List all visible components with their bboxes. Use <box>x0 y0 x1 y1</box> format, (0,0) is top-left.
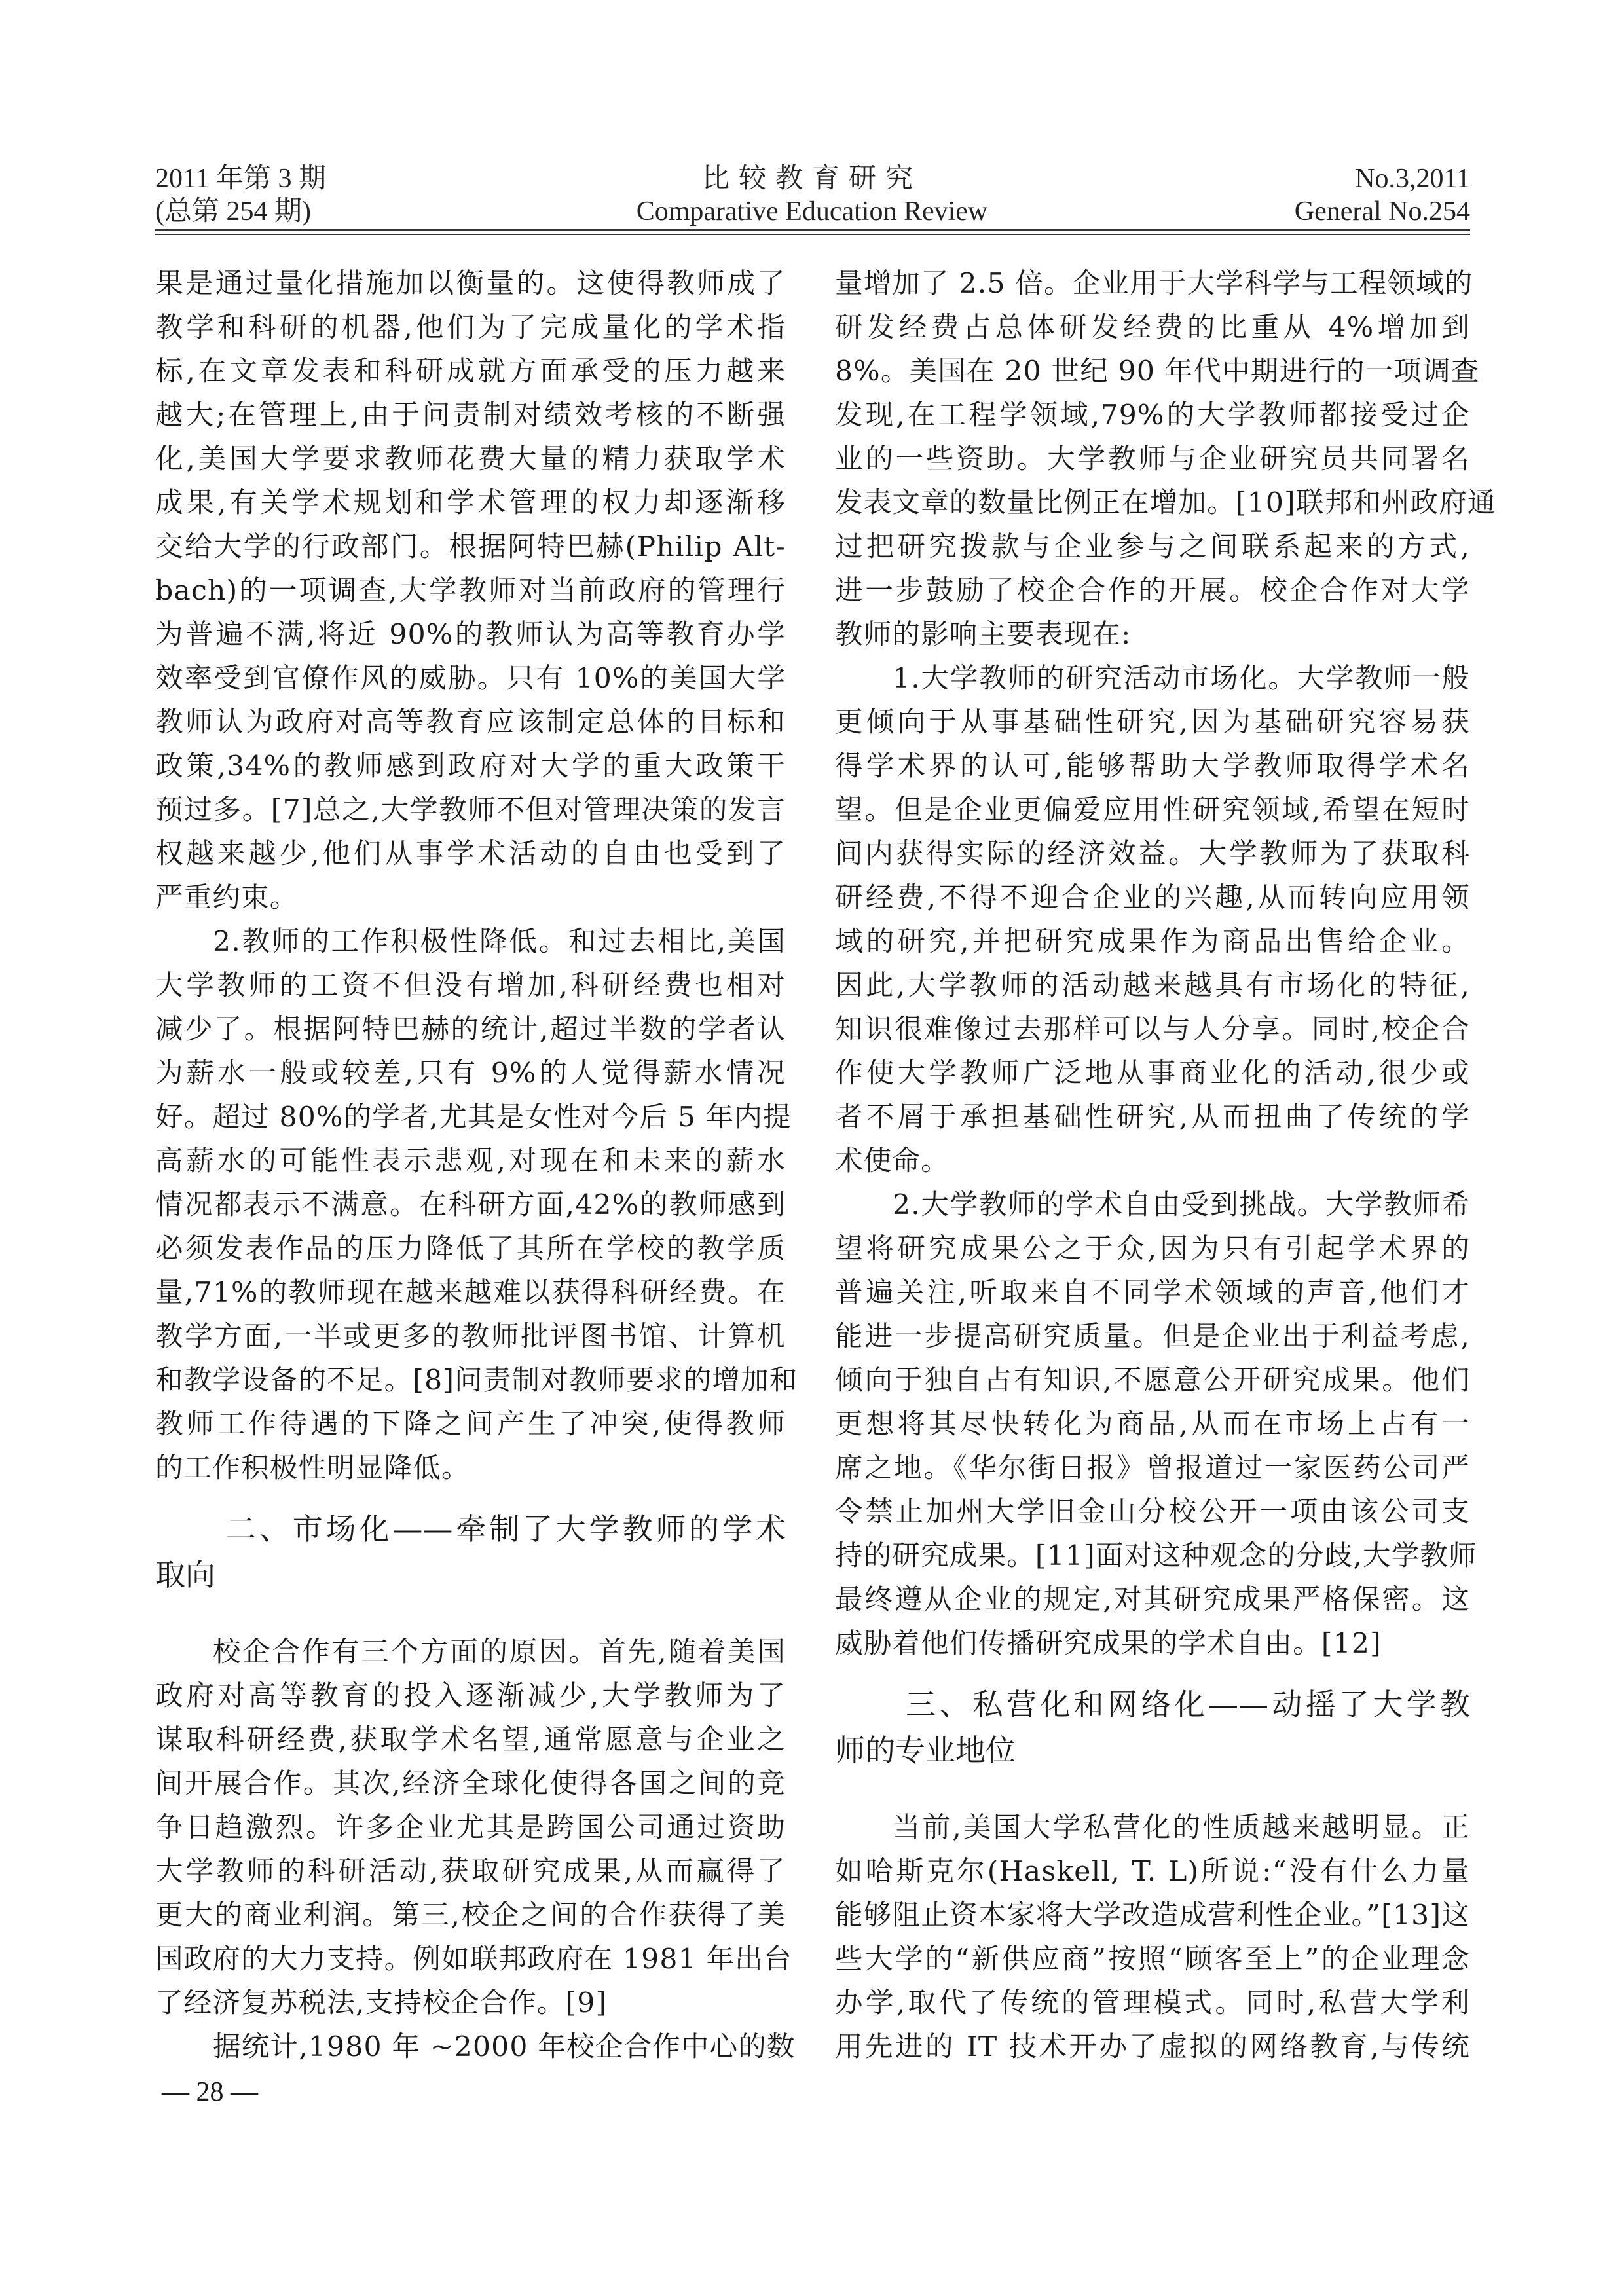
text-line: 2.教师的工作积极性降低。和过去相比,美国 <box>155 920 786 964</box>
text-line: 知识很难像过去那样可以与人分享。同时,校企合 <box>835 1008 1470 1052</box>
paragraph-work-motivation: 2.教师的工作积极性降低。和过去相比,美国 大学教师的工资不但没有增加,科研经费… <box>155 920 786 1490</box>
text-line: 得学术界的认可,能够帮助大学教师取得学术名 <box>835 744 1470 788</box>
text-line: 者不屑于承担基础性研究,从而扭曲了传统的学 <box>835 1095 1470 1139</box>
text-line: 望。但是企业更偏爱应用性研究领域,希望在短时 <box>835 788 1470 832</box>
text-line: 据统计,1980 年 ~2000 年校企合作中心的数 <box>155 2025 786 2069</box>
text-line: 教师的影响主要表现在: <box>835 613 1470 657</box>
paragraph-privatization: 当前,美国大学私营化的性质越来越明显。正 如哈斯克尔(Haskell, T. L… <box>835 1806 1470 2069</box>
text-line: 为薪水一般或较差,只有 9%的人觉得薪水情况 <box>155 1052 786 1095</box>
text-line: 更大的商业利润。第三,校企之间的合作获得了美 <box>155 1894 786 1937</box>
text-line: 为普遍不满,将近 90%的教师认为高等教育办学 <box>155 613 786 657</box>
text-line: 成果,有关学术规划和学术管理的权力却逐渐移 <box>155 481 786 525</box>
text-line: 大学教师的工资不但没有增加,科研经费也相对 <box>155 964 786 1008</box>
header-general-no: General No.254 <box>1295 195 1470 228</box>
text-line: 政策,34%的教师感到政府对大学的重大政策干 <box>155 744 786 788</box>
paragraph-statistics: 据统计,1980 年 ~2000 年校企合作中心的数 <box>155 2025 786 2069</box>
text-line: 教师工作待遇的下降之间产生了冲突,使得教师 <box>155 1403 786 1446</box>
text-line: 教师认为政府对高等教育应该制定总体的目标和 <box>155 701 786 744</box>
page-number: — 28 — <box>162 2076 258 2108</box>
text-line: 预过多。[7]总之,大学教师不但对管理决策的发言 <box>155 788 786 832</box>
text-line: 权越来越少,他们从事学术活动的自由也受到了 <box>155 832 786 876</box>
section-heading-marketization: 二、市场化——牵制了大学教师的学术 取向 <box>155 1506 786 1598</box>
text-line: 量增加了 2.5 倍。企业用于大学科学与工程领域的 <box>835 262 1470 306</box>
text-line: 校企合作有三个方面的原因。首先,随着美国 <box>155 1630 786 1674</box>
text-line: 普遍关注,听取来自不同学术领域的声音,他们才 <box>835 1271 1470 1315</box>
text-line: 办学,取代了传统的管理模式。同时,私营大学利 <box>835 1981 1470 2025</box>
header-issue-number: No.3,2011 General No.254 <box>1295 162 1470 228</box>
text-line: bach)的一项调查,大学教师对当前政府的管理行 <box>155 569 786 613</box>
text-line: 术使命。 <box>835 1139 1470 1183</box>
text-line: 效率受到官僚作风的威胁。只有 10%的美国大学 <box>155 657 786 701</box>
text-line: 用先进的 IT 技术开办了虚拟的网络教育,与传统 <box>835 2025 1470 2069</box>
text-line: 间开展合作。其次,经济全球化使得各国之间的竞 <box>155 1762 786 1806</box>
text-line: 作使大学教师广泛地从事商业化的活动,很少或 <box>835 1052 1470 1095</box>
text-line: 的工作积极性明显降低。 <box>155 1446 786 1490</box>
text-line: 越大;在管理上,由于问责制对绩效考核的不断强 <box>155 394 786 437</box>
text-line: 席之地。《华尔街日报》曾报道过一家医药公司严 <box>835 1446 1470 1490</box>
text-line: 倾向于独自占有知识,不愿意公开研究成果。他们 <box>835 1359 1470 1403</box>
text-line: 如哈斯克尔(Haskell, T. L)所说:“没有什么力量 <box>835 1850 1470 1894</box>
text-line: 了经济复苏税法,支持校企合作。[9] <box>155 1981 786 2025</box>
text-line: 发现,在工程学领域,79%的大学教师都接受过企 <box>835 394 1470 437</box>
text-line: 些大学的“新供应商”按照“顾客至上”的企业理念 <box>835 1937 1470 1981</box>
text-line: 域的研究,并把研究成果作为商品出售给企业。 <box>835 920 1470 964</box>
heading-line: 师的专业地位 <box>835 1727 1470 1773</box>
left-column: 果是通过量化措施加以衡量的。这使得教师成了 教学和科研的机器,他们为了完成量化的… <box>155 262 786 2069</box>
text-line: 威胁着他们传播研究成果的学术自由。[12] <box>835 1622 1470 1666</box>
heading-line: 三、私营化和网络化——动摇了大学教 <box>835 1681 1470 1727</box>
text-line: 政府对高等教育的投入逐渐减少,大学教师为了 <box>155 1674 786 1718</box>
text-line: 大学教师的科研活动,获取研究成果,从而赢得了 <box>155 1850 786 1894</box>
text-line: 发表文章的数量比例正在增加。[10]联邦和州政府通 <box>835 481 1470 525</box>
paragraph-cooperation-reasons: 校企合作有三个方面的原因。首先,随着美国 政府对高等教育的投入逐渐减少,大学教师… <box>155 1630 786 2025</box>
text-line: 当前,美国大学私营化的性质越来越明显。正 <box>835 1806 1470 1850</box>
text-line: 教学方面,一半或更多的教师批评图书馆、计算机 <box>155 1315 786 1359</box>
text-line: 高薪水的可能性表示悲观,对现在和未来的薪水 <box>155 1139 786 1183</box>
text-line: 减少了。根据阿特巴赫的统计,超过半数的学者认 <box>155 1008 786 1052</box>
right-column: 量增加了 2.5 倍。企业用于大学科学与工程领域的 研发经费占总体研发经费的比重… <box>835 262 1470 2069</box>
paragraph-faculty-management: 果是通过量化措施加以衡量的。这使得教师成了 教学和科研的机器,他们为了完成量化的… <box>155 262 786 920</box>
header-rule-bottom <box>155 234 1470 235</box>
paragraph-cooperation-growth: 量增加了 2.5 倍。企业用于大学科学与工程领域的 研发经费占总体研发经费的比重… <box>835 262 1470 657</box>
text-line: 必须发表作品的压力降低了其所在学校的教学质 <box>155 1227 786 1271</box>
text-line: 更想将其尽快转化为商品,从而在市场上占有一 <box>835 1403 1470 1446</box>
text-line: 研发经费占总体研发经费的比重从 4%增加到 <box>835 306 1470 350</box>
text-line: 标,在文章发表和科研成就方面承受的压力越来 <box>155 350 786 394</box>
text-line: 因此,大学教师的活动越来越具有市场化的特征, <box>835 964 1470 1008</box>
text-line: 国政府的大力支持。例如联邦政府在 1981 年出台 <box>155 1937 786 1981</box>
text-line: 量,71%的教师现在越来越难以获得科研经费。在 <box>155 1271 786 1315</box>
text-line: 争日趋激烈。许多企业尤其是跨国公司通过资助 <box>155 1806 786 1850</box>
section-heading-privatization: 三、私营化和网络化——动摇了大学教 师的专业地位 <box>835 1681 1470 1773</box>
paragraph-research-marketization: 1.大学教师的研究活动市场化。大学教师一般 更倾向于从事基础性研究,因为基础研究… <box>835 657 1470 1183</box>
text-line: 教学和科研的机器,他们为了完成量化的学术指 <box>155 306 786 350</box>
text-line: 令禁止加州大学旧金山分校公开一项由该公司支 <box>835 1490 1470 1534</box>
text-line: 2.大学教师的学术自由受到挑战。大学教师希 <box>835 1183 1470 1227</box>
heading-line: 二、市场化——牵制了大学教师的学术 <box>155 1506 786 1552</box>
text-line: 业的一些资助。大学教师与企业研究员共同署名 <box>835 437 1470 481</box>
text-line: 过把研究拨款与企业参与之间联系起来的方式, <box>835 525 1470 569</box>
text-line: 交给大学的行政部门。根据阿特巴赫(Philip Alt- <box>155 525 786 569</box>
text-line: 更倾向于从事基础性研究,因为基础研究容易获 <box>835 701 1470 744</box>
text-line: 能够阻止资本家将大学改造成营利性企业。”[13]这 <box>835 1894 1470 1937</box>
header-issue-no: No.3,2011 <box>1295 162 1470 195</box>
text-line: 间内获得实际的经济效益。大学教师为了获取科 <box>835 832 1470 876</box>
text-line: 情况都表示不满意。在科研方面,42%的教师感到 <box>155 1183 786 1227</box>
text-line: 进一步鼓励了校企合作的开展。校企合作对大学 <box>835 569 1470 613</box>
text-line: 1.大学教师的研究活动市场化。大学教师一般 <box>835 657 1470 701</box>
text-line: 谋取科研经费,获取学术名望,通常愿意与企业之 <box>155 1718 786 1762</box>
text-line: 最终遵从企业的规定,对其研究成果严格保密。这 <box>835 1578 1470 1622</box>
text-line: 8%。美国在 20 世纪 90 年代中期进行的一项调查 <box>835 350 1470 394</box>
text-line: 能进一步提高研究质量。但是企业出于利益考虑, <box>835 1315 1470 1359</box>
text-line: 望将研究成果公之于众,因为只有引起学术界的 <box>835 1227 1470 1271</box>
text-line: 化,美国大学要求教师花费大量的精力获取学术 <box>155 437 786 481</box>
paragraph-academic-freedom: 2.大学教师的学术自由受到挑战。大学教师希 望将研究成果公之于众,因为只有引起学… <box>835 1183 1470 1666</box>
header-rule-top <box>155 229 1470 231</box>
text-line: 研经费,不得不迎合企业的兴趣,从而转向应用领 <box>835 876 1470 920</box>
text-line: 好。超过 80%的学者,尤其是女性对今后 5 年内提 <box>155 1095 786 1139</box>
text-line: 果是通过量化措施加以衡量的。这使得教师成了 <box>155 262 786 306</box>
heading-line: 取向 <box>155 1552 786 1598</box>
text-line: 持的研究成果。[11]面对这种观念的分歧,大学教师 <box>835 1534 1470 1578</box>
text-line: 严重约束。 <box>155 876 786 920</box>
text-line: 和教学设备的不足。[8]问责制对教师要求的增加和 <box>155 1359 786 1403</box>
